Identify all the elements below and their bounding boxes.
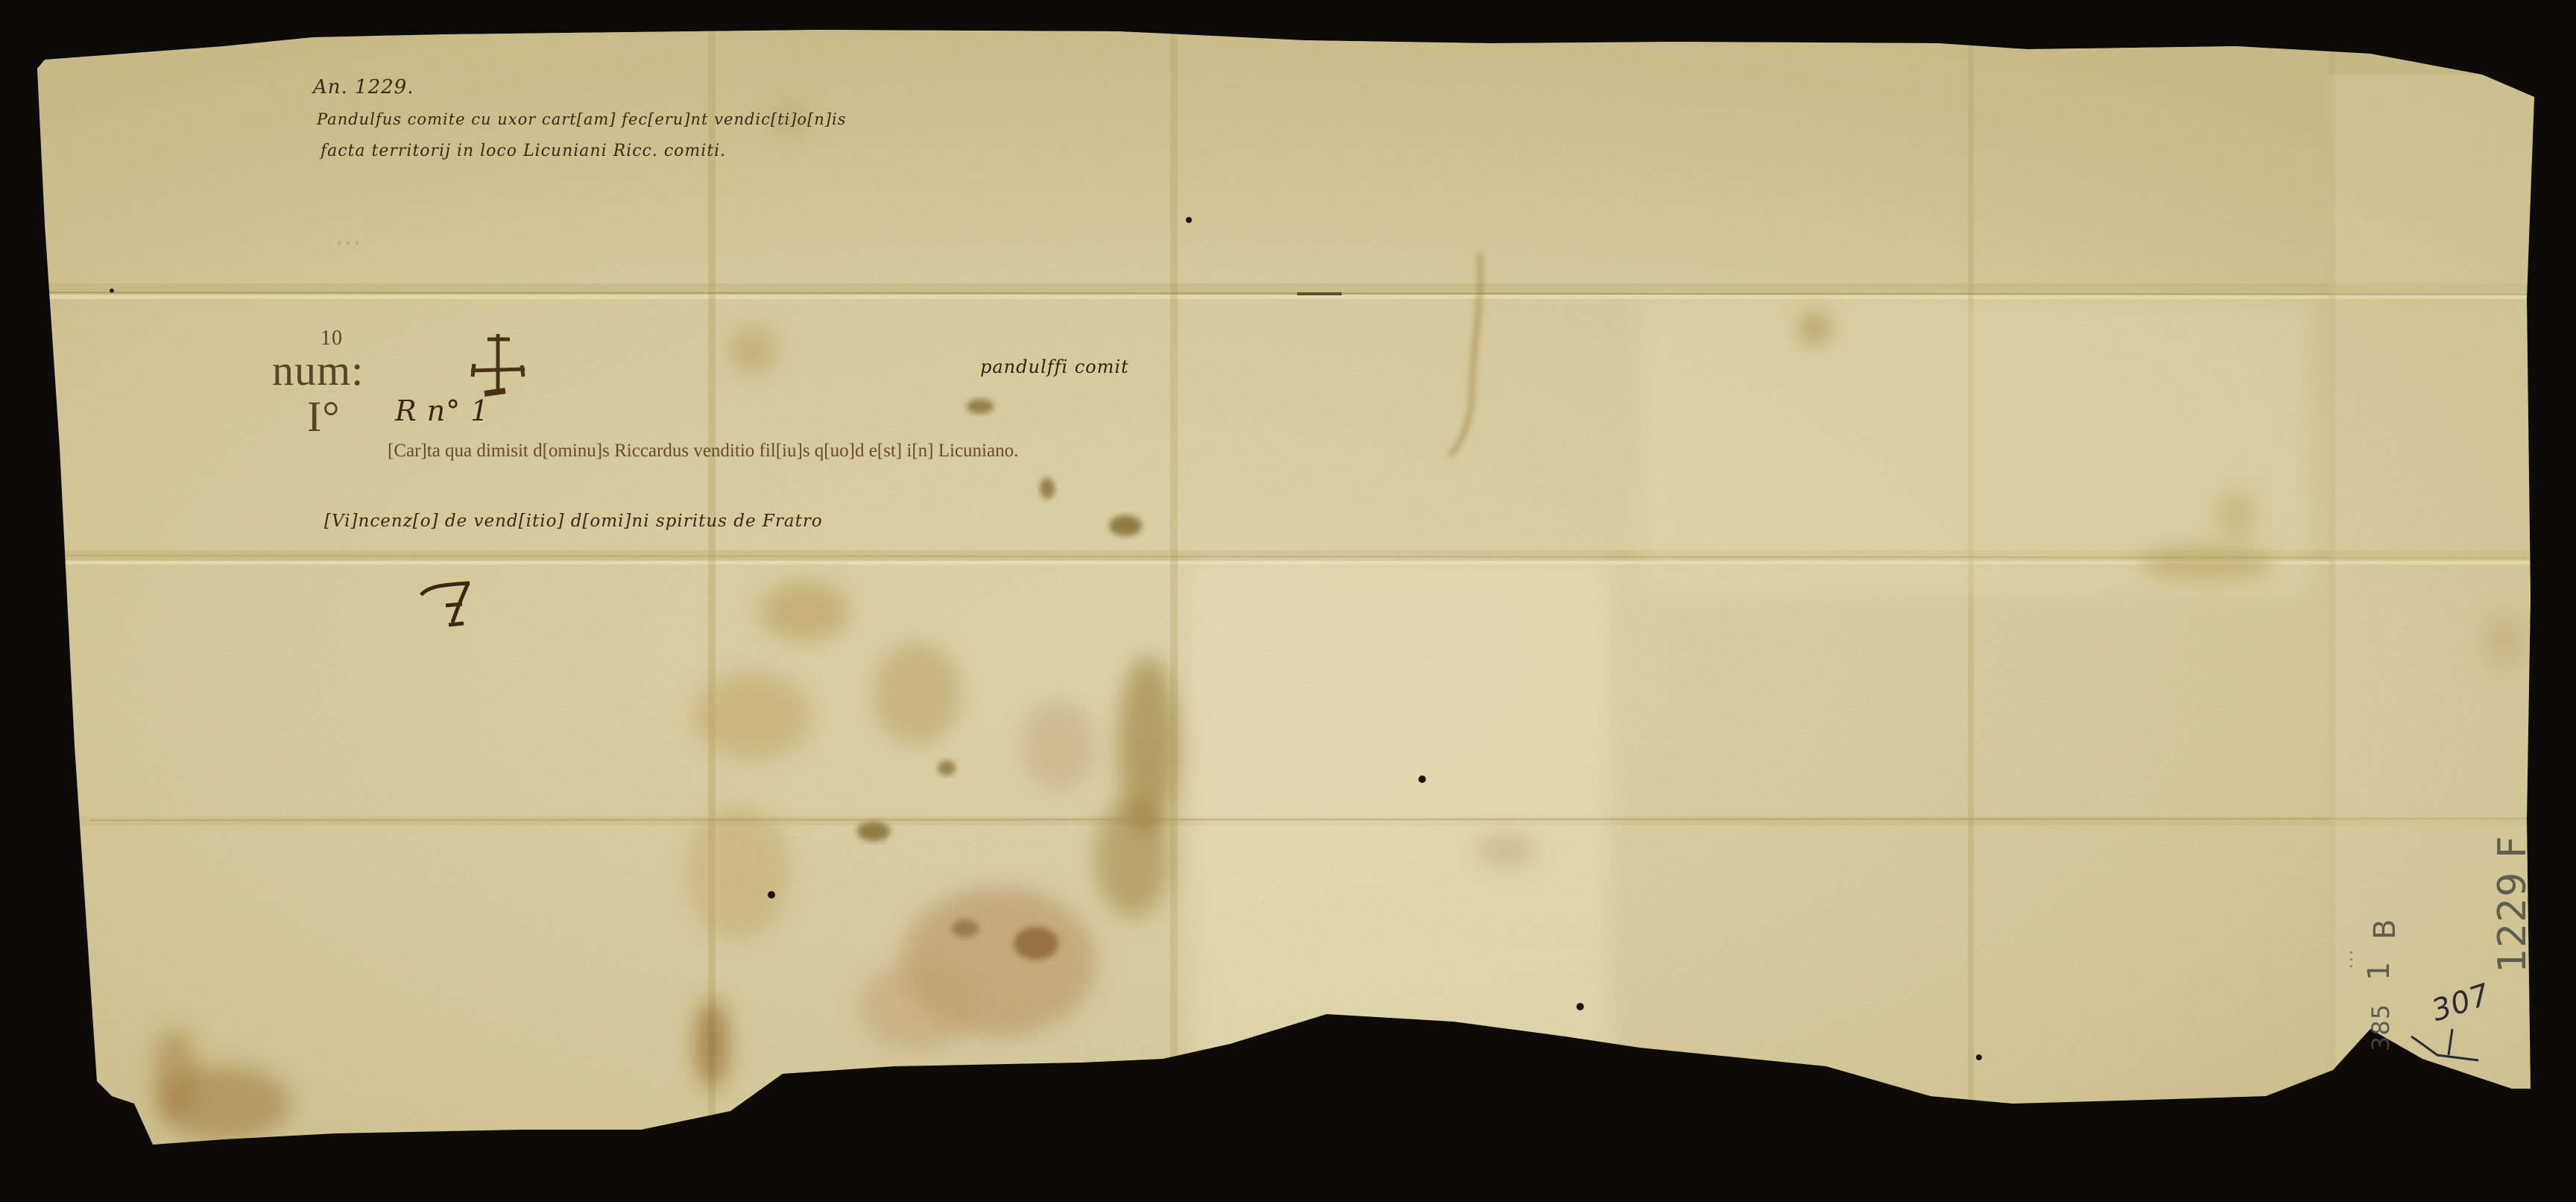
- shelf-mark-b: B: [2370, 919, 2400, 940]
- summary-line-2: facta territorij in loco Licuniani Ricc.…: [321, 143, 726, 160]
- num-label: num:: [272, 349, 364, 392]
- header-year: An. 1229.: [313, 78, 414, 97]
- register-ref: R n° 1: [395, 397, 489, 425]
- shelf-mark-385: 385: [2369, 1004, 2393, 1051]
- shelf-mark-b-number: 1: [2364, 961, 2394, 981]
- cursive-line: [Vi]ncenz[o] de vend[itio] d[omi]ni spir…: [324, 513, 823, 530]
- roman-numeral: I°: [307, 395, 341, 438]
- ink-underline-mark: [2408, 1022, 2482, 1066]
- vertical-pencil-mark: 1229 F: [2493, 835, 2532, 973]
- summary-line-1: Pandulfus comite cu uxor cart[am] fec[er…: [317, 112, 846, 128]
- faint-vertical-mark: ...: [2337, 948, 2356, 969]
- faded-note: ...: [335, 224, 362, 249]
- pandulfi-note: pandulffi comit: [980, 358, 1129, 376]
- parchment-scan: [0, 0, 2576, 1202]
- gothic-line: [Car]ta qua dimisit d[ominu]s Riccardus …: [388, 441, 1018, 460]
